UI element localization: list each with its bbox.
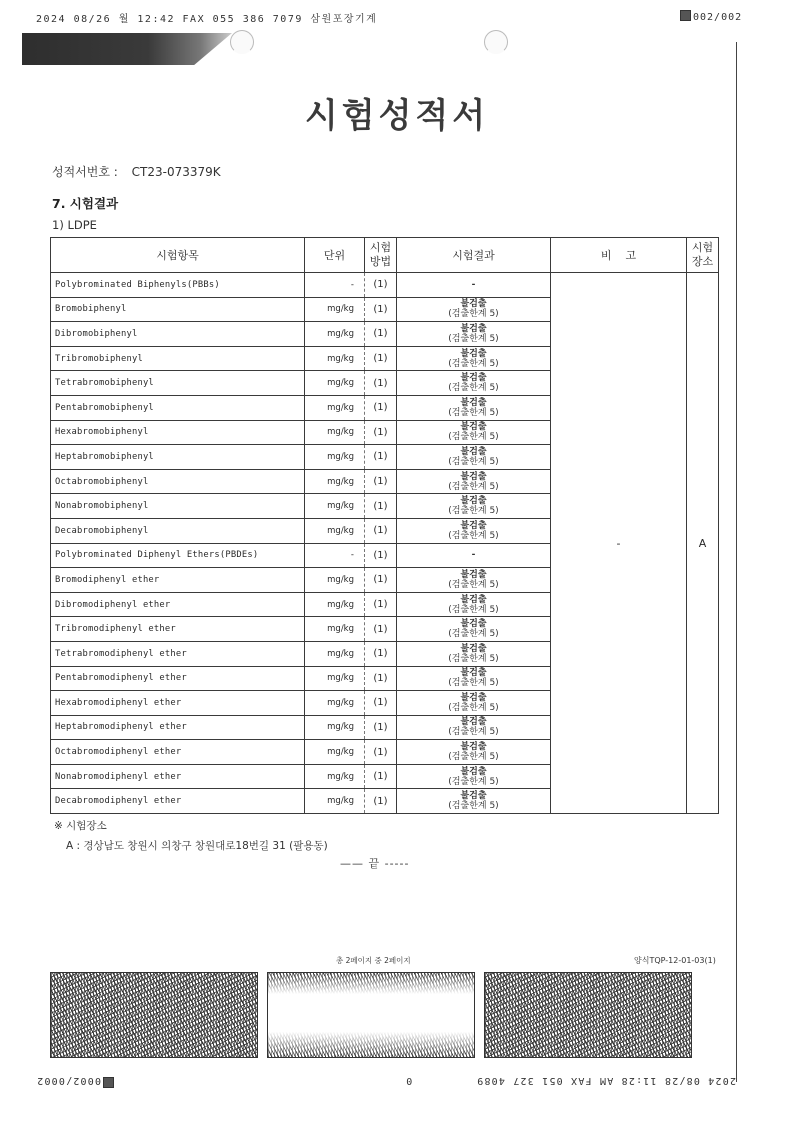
header-result: 시험결과 (397, 238, 551, 273)
test-result: 불검출(검출한계 5) (397, 568, 551, 593)
detection-limit: (검출한계 5) (397, 605, 550, 615)
test-method: (1) (365, 494, 397, 519)
result-value: 불검출 (460, 668, 486, 678)
test-item: Bromobiphenyl (51, 297, 305, 322)
unit: mg/kg (305, 691, 365, 716)
test-method: (1) (365, 641, 397, 666)
detection-limit: (검출한계 5) (397, 457, 550, 467)
test-method: (1) (365, 322, 397, 347)
test-item: Pentabromodiphenyl ether (51, 666, 305, 691)
certificate-number-label: 성적서번호 : (52, 165, 118, 179)
test-method: (1) (365, 346, 397, 371)
header-site-line2: 장소 (692, 255, 713, 268)
test-method: (1) (365, 617, 397, 642)
result-value: 불검출 (460, 644, 486, 654)
test-method: (1) (365, 297, 397, 322)
result-value: 불검출 (460, 742, 486, 752)
result-value: 불검출 (460, 791, 486, 801)
header-site: 시험 장소 (687, 238, 719, 273)
result-value: 불검출 (460, 767, 486, 777)
test-item: Tribromobiphenyl (51, 346, 305, 371)
unit: mg/kg (305, 322, 365, 347)
unit: mg/kg (305, 764, 365, 789)
detection-limit: (검출한계 5) (397, 408, 550, 418)
scan-noise-block-middle (267, 972, 475, 1058)
unit: mg/kg (305, 420, 365, 445)
detection-limit: (검출한계 5) (397, 359, 550, 369)
unit: mg/kg (305, 395, 365, 420)
test-item: Octabromodiphenyl ether (51, 740, 305, 765)
detection-limit: (검출한계 5) (397, 432, 550, 442)
test-method: (1) (365, 691, 397, 716)
test-item: Tribromodiphenyl ether (51, 617, 305, 642)
test-site-note: ※ 시험장소 (54, 818, 107, 833)
test-item: Tetrabromobiphenyl (51, 371, 305, 396)
test-result: 불검출(검출한계 5) (397, 617, 551, 642)
test-result: - (397, 273, 551, 298)
test-site-address: A : 경상남도 창원시 의창구 창원대로18번길 31 (팔용동) (66, 838, 328, 853)
fax-footer-inverted-middle: 0 (405, 1075, 412, 1086)
table-row: Polybrominated Biphenyls(PBBs)-(1)--A (51, 273, 719, 298)
test-result: 불검출(검출한계 5) (397, 789, 551, 814)
result-value: 불검출 (460, 422, 486, 432)
result-value: 불검출 (460, 398, 486, 408)
result-value: 불검출 (460, 373, 486, 383)
unit: mg/kg (305, 371, 365, 396)
test-item: Polybrominated Diphenyl Ethers(PBDEs) (51, 543, 305, 568)
remark-cell: - (551, 273, 687, 814)
fax-page-number: 002/002 (693, 12, 742, 23)
detection-limit: (검출한계 5) (397, 727, 550, 737)
result-value: 불검출 (460, 324, 486, 334)
test-method: (1) (365, 568, 397, 593)
test-result: 불검출(검출한계 5) (397, 518, 551, 543)
unit: mg/kg (305, 740, 365, 765)
test-item: Heptabromodiphenyl ether (51, 715, 305, 740)
test-method: (1) (365, 666, 397, 691)
test-result: 불검출(검출한계 5) (397, 469, 551, 494)
test-method: (1) (365, 420, 397, 445)
end-mark: —— 끝 ----- (340, 855, 409, 871)
unit: mg/kg (305, 641, 365, 666)
test-result: - (397, 543, 551, 568)
result-value: 불검출 (460, 349, 486, 359)
test-method: (1) (365, 715, 397, 740)
test-result: 불검출(검출한계 5) (397, 346, 551, 371)
detection-limit: (검출한계 5) (397, 629, 550, 639)
unit: mg/kg (305, 518, 365, 543)
test-method: (1) (365, 764, 397, 789)
unit: mg/kg (305, 445, 365, 470)
header-method-line1: 시험 (370, 241, 391, 254)
test-item: Heptabromobiphenyl (51, 445, 305, 470)
fax-footer-page-number: 0002/0002 (36, 1075, 101, 1086)
detection-limit: (검출한계 5) (397, 703, 550, 713)
test-method: (1) (365, 273, 397, 298)
unit: mg/kg (305, 568, 365, 593)
detection-limit: (검출한계 5) (397, 482, 550, 492)
header-method-line2: 방법 (370, 255, 391, 268)
result-value: - (472, 550, 476, 560)
test-item: Hexabromodiphenyl ether (51, 691, 305, 716)
detection-limit: (검출한계 5) (397, 654, 550, 664)
header-unit: 단위 (305, 238, 365, 273)
section-heading: 7. 시험결과 (52, 194, 118, 212)
test-result: 불검출(검출한계 5) (397, 420, 551, 445)
scan-noise-block-right (484, 972, 692, 1058)
punch-hole-left (230, 30, 254, 54)
page-info: 총 2페이지 중 2페이지 (336, 955, 411, 966)
result-value: 불검출 (460, 570, 486, 580)
test-item: Decabromobiphenyl (51, 518, 305, 543)
test-method: (1) (365, 740, 397, 765)
detection-limit: (검출한계 5) (397, 777, 550, 787)
detection-limit: (검출한계 5) (397, 506, 550, 516)
header-remark: 비 고 (551, 238, 687, 273)
test-item: Nonabromobiphenyl (51, 494, 305, 519)
test-result: 불검출(검출한계 5) (397, 371, 551, 396)
detection-limit: (검출한계 5) (397, 383, 550, 393)
unit: mg/kg (305, 592, 365, 617)
subsection-heading: 1) LDPE (52, 218, 97, 232)
fax-page-icon (680, 10, 691, 21)
fax-footer-inverted-line: 2024 08/28 11:28 AM FAX 051 327 4089 (476, 1075, 736, 1086)
test-method: (1) (365, 543, 397, 568)
test-result: 불검출(검출한계 5) (397, 764, 551, 789)
scan-noise-block-left (50, 972, 258, 1058)
result-value: 불검출 (460, 299, 486, 309)
test-result: 불검출(검출한계 5) (397, 297, 551, 322)
unit: - (305, 273, 365, 298)
page-edge-line (736, 42, 737, 1082)
test-method: (1) (365, 469, 397, 494)
test-item: Pentabromobiphenyl (51, 395, 305, 420)
result-value: 불검출 (460, 472, 486, 482)
result-value: 불검출 (460, 496, 486, 506)
results-table: 시험항목 단위 시험 방법 시험결과 비 고 시험 장소 Polybromina… (50, 237, 719, 814)
detection-limit: (검출한계 5) (397, 678, 550, 688)
test-method: (1) (365, 445, 397, 470)
result-value: 불검출 (460, 717, 486, 727)
test-result: 불검출(검출한계 5) (397, 641, 551, 666)
test-method: (1) (365, 789, 397, 814)
header-site-line1: 시험 (692, 241, 713, 254)
test-result: 불검출(검출한계 5) (397, 395, 551, 420)
test-item: Bromodiphenyl ether (51, 568, 305, 593)
fax-header-line: 2024 08/26 월 12:42 FAX 055 386 7079 삼원포장… (36, 10, 377, 25)
result-value: 불검출 (460, 595, 486, 605)
test-item: Dibromodiphenyl ether (51, 592, 305, 617)
unit: - (305, 543, 365, 568)
test-result: 불검출(검출한계 5) (397, 691, 551, 716)
test-item: Hexabromobiphenyl (51, 420, 305, 445)
fax-page-icon (103, 1077, 114, 1088)
test-method: (1) (365, 518, 397, 543)
test-method: (1) (365, 395, 397, 420)
unit: mg/kg (305, 666, 365, 691)
certificate-number: 성적서번호 : CT23-073379K (52, 163, 221, 180)
test-result: 불검출(검출한계 5) (397, 494, 551, 519)
result-value: - (472, 280, 476, 290)
fax-footer-inverted-page: 0002/0002 (36, 1075, 114, 1088)
test-result: 불검출(검출한계 5) (397, 740, 551, 765)
table-header-row: 시험항목 단위 시험 방법 시험결과 비 고 시험 장소 (51, 238, 719, 273)
detection-limit: (검출한계 5) (397, 801, 550, 811)
detection-limit: (검출한계 5) (397, 309, 550, 319)
test-item: Decabromodiphenyl ether (51, 789, 305, 814)
detection-limit: (검출한계 5) (397, 334, 550, 344)
detection-limit: (검출한계 5) (397, 752, 550, 762)
test-result: 불검출(검출한계 5) (397, 322, 551, 347)
test-result: 불검출(검출한계 5) (397, 445, 551, 470)
result-value: 불검출 (460, 521, 486, 531)
test-item: Octabromobiphenyl (51, 469, 305, 494)
test-item: Polybrominated Biphenyls(PBBs) (51, 273, 305, 298)
detection-limit: (검출한계 5) (397, 580, 550, 590)
punch-hole-right (484, 30, 508, 54)
unit: mg/kg (305, 789, 365, 814)
unit: mg/kg (305, 715, 365, 740)
unit: mg/kg (305, 469, 365, 494)
test-method: (1) (365, 592, 397, 617)
detection-limit: (검출한계 5) (397, 531, 550, 541)
certificate-number-value: CT23-073379K (132, 165, 221, 179)
test-result: 불검출(검출한계 5) (397, 715, 551, 740)
test-result: 불검출(검출한계 5) (397, 592, 551, 617)
test-result: 불검출(검출한계 5) (397, 666, 551, 691)
test-item: Nonabromodiphenyl ether (51, 764, 305, 789)
header-item: 시험항목 (51, 238, 305, 273)
unit: mg/kg (305, 346, 365, 371)
form-code: 양식TQP-12-01-03(1) (634, 955, 716, 966)
test-item: Dibromobiphenyl (51, 322, 305, 347)
unit: mg/kg (305, 297, 365, 322)
result-value: 불검출 (460, 693, 486, 703)
test-item: Tetrabromodiphenyl ether (51, 641, 305, 666)
scan-artifact-band (22, 33, 232, 65)
test-method: (1) (365, 371, 397, 396)
unit: mg/kg (305, 617, 365, 642)
document-title: 시험성적서 (0, 88, 794, 137)
unit: mg/kg (305, 494, 365, 519)
test-site-cell: A (687, 273, 719, 814)
result-value: 불검출 (460, 447, 486, 457)
fax-page-counter: 002/002 (680, 10, 742, 23)
header-method: 시험 방법 (365, 238, 397, 273)
result-value: 불검출 (460, 619, 486, 629)
